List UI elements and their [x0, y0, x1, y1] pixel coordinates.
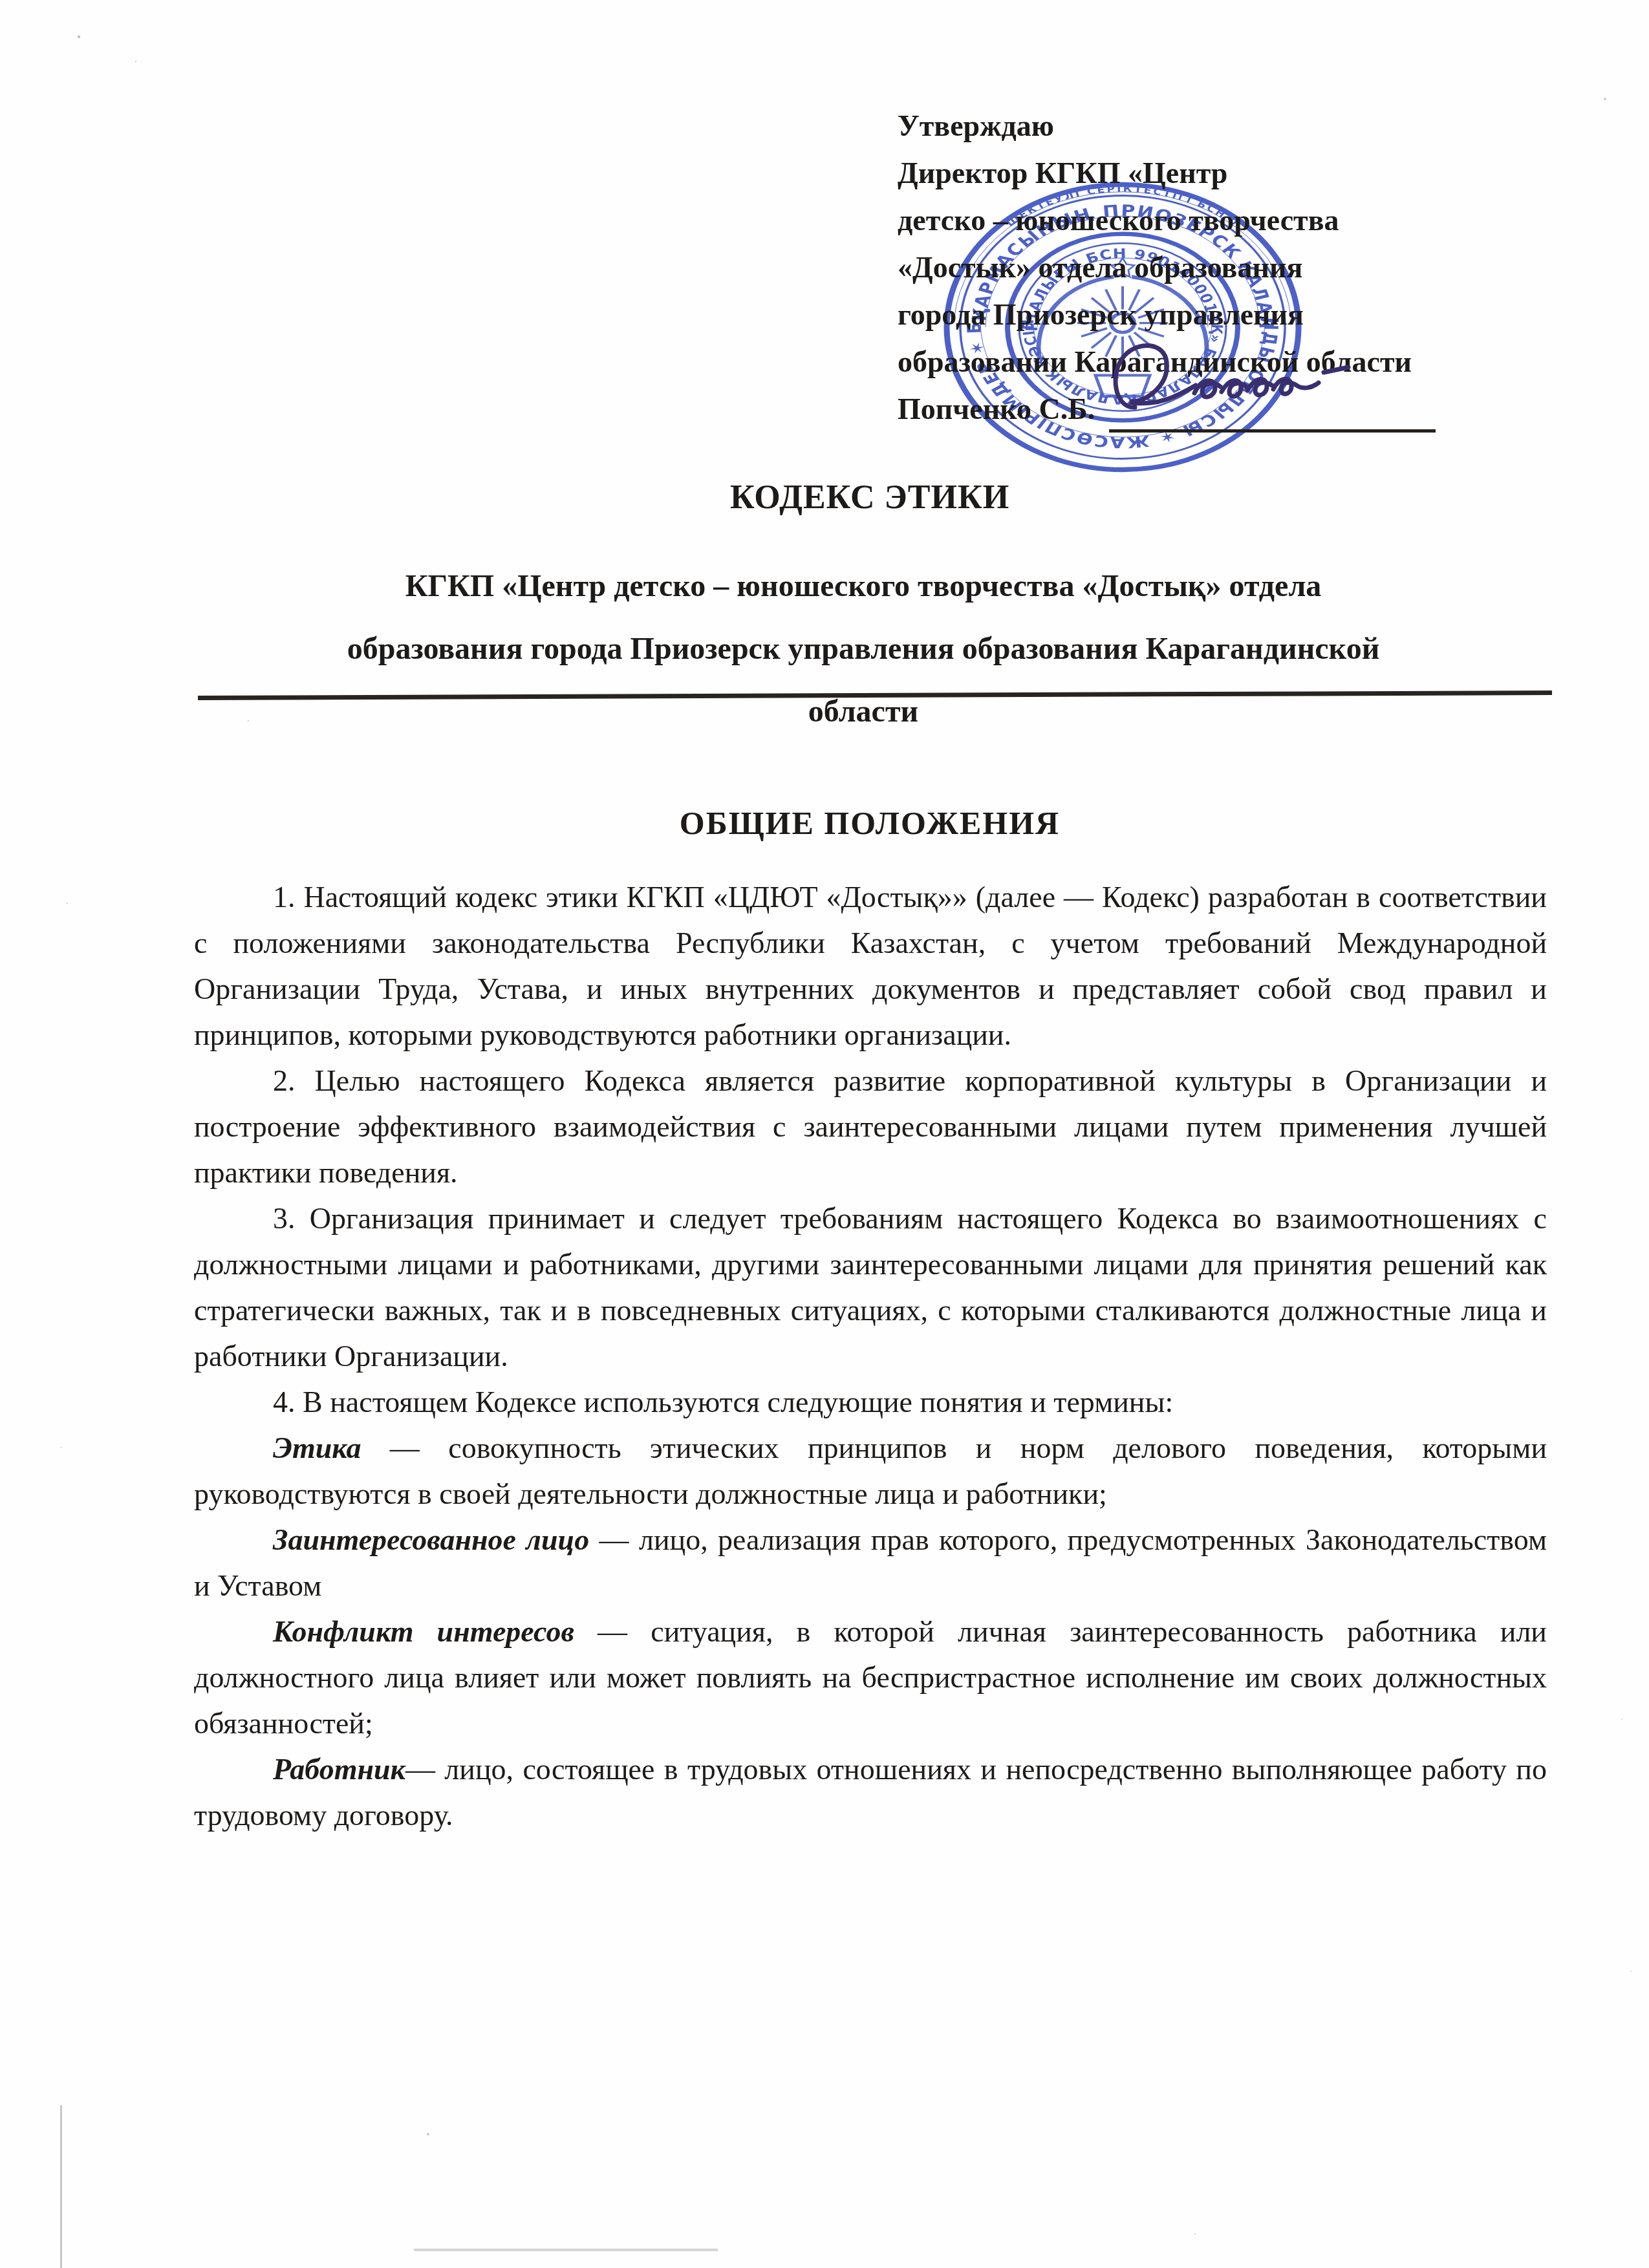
scan-streak — [414, 2249, 718, 2251]
scan-edge-line — [60, 2105, 62, 2268]
definition-term: Этика — [273, 1431, 361, 1464]
signer-row: Попченко С.Б. — [898, 385, 1564, 433]
document-subtitle: КГКП «Центр детско – юношеского творчест… — [139, 555, 1588, 743]
paragraph-4: 4. В настоящем Кодексе используются след… — [194, 1379, 1547, 1425]
signer-name: Попченко С.Б. — [898, 385, 1095, 433]
definition-term: Конфликт интересов — [273, 1615, 574, 1648]
definition-rabotnik: Работник— лицо, состоящее в трудовых отн… — [194, 1746, 1547, 1838]
section-heading: ОБЩИЕ ПОЛОЖЕНИЯ — [194, 804, 1546, 842]
document-title: КОДЕКС ЭТИКИ — [194, 478, 1546, 517]
definition-term: Заинтересованное лицо — [273, 1523, 589, 1556]
approval-line: детско – юношеского творчества — [898, 197, 1564, 244]
paragraph-2: 2. Целью настоящего Кодекса является раз… — [194, 1058, 1547, 1195]
approval-line: Утверждаю — [898, 102, 1564, 149]
document-page: ШЕКТЕУЛІ СЕРІКТЕСТІГІ БСН 0 БАСҚАРМАСЫНЫ… — [0, 0, 1649, 2268]
approval-block: Утверждаю Директор КГКП «Центр детско – … — [898, 102, 1564, 433]
signature-line — [1109, 388, 1436, 433]
approval-line: «Достык» отдела образования — [898, 244, 1564, 291]
approval-line: Директор КГКП «Центр — [898, 149, 1564, 197]
definition-text: — совокупность этических принципов и нор… — [194, 1431, 1547, 1510]
scan-speckles — [78, 36, 80, 38]
paragraph-1: 1. Настоящий кодекс этики КГКП «ЦДЮТ «До… — [194, 874, 1547, 1058]
definition-zainteresovannoe-lico: Заинтересованное лицо — лицо, реализация… — [194, 1517, 1547, 1609]
paragraph-3: 3. Организация принимает и следует требо… — [194, 1195, 1547, 1379]
definition-etika: Этика — совокупность этических принципов… — [194, 1425, 1547, 1517]
definition-term: Работник — [273, 1753, 405, 1786]
handwritten-signature-icon — [1096, 331, 1432, 441]
definition-konflikt-interesov: Конфликт интересов — ситуация, в которой… — [194, 1609, 1547, 1746]
document-body: 1. Настоящий кодекс этики КГКП «ЦДЮТ «До… — [194, 874, 1547, 1838]
